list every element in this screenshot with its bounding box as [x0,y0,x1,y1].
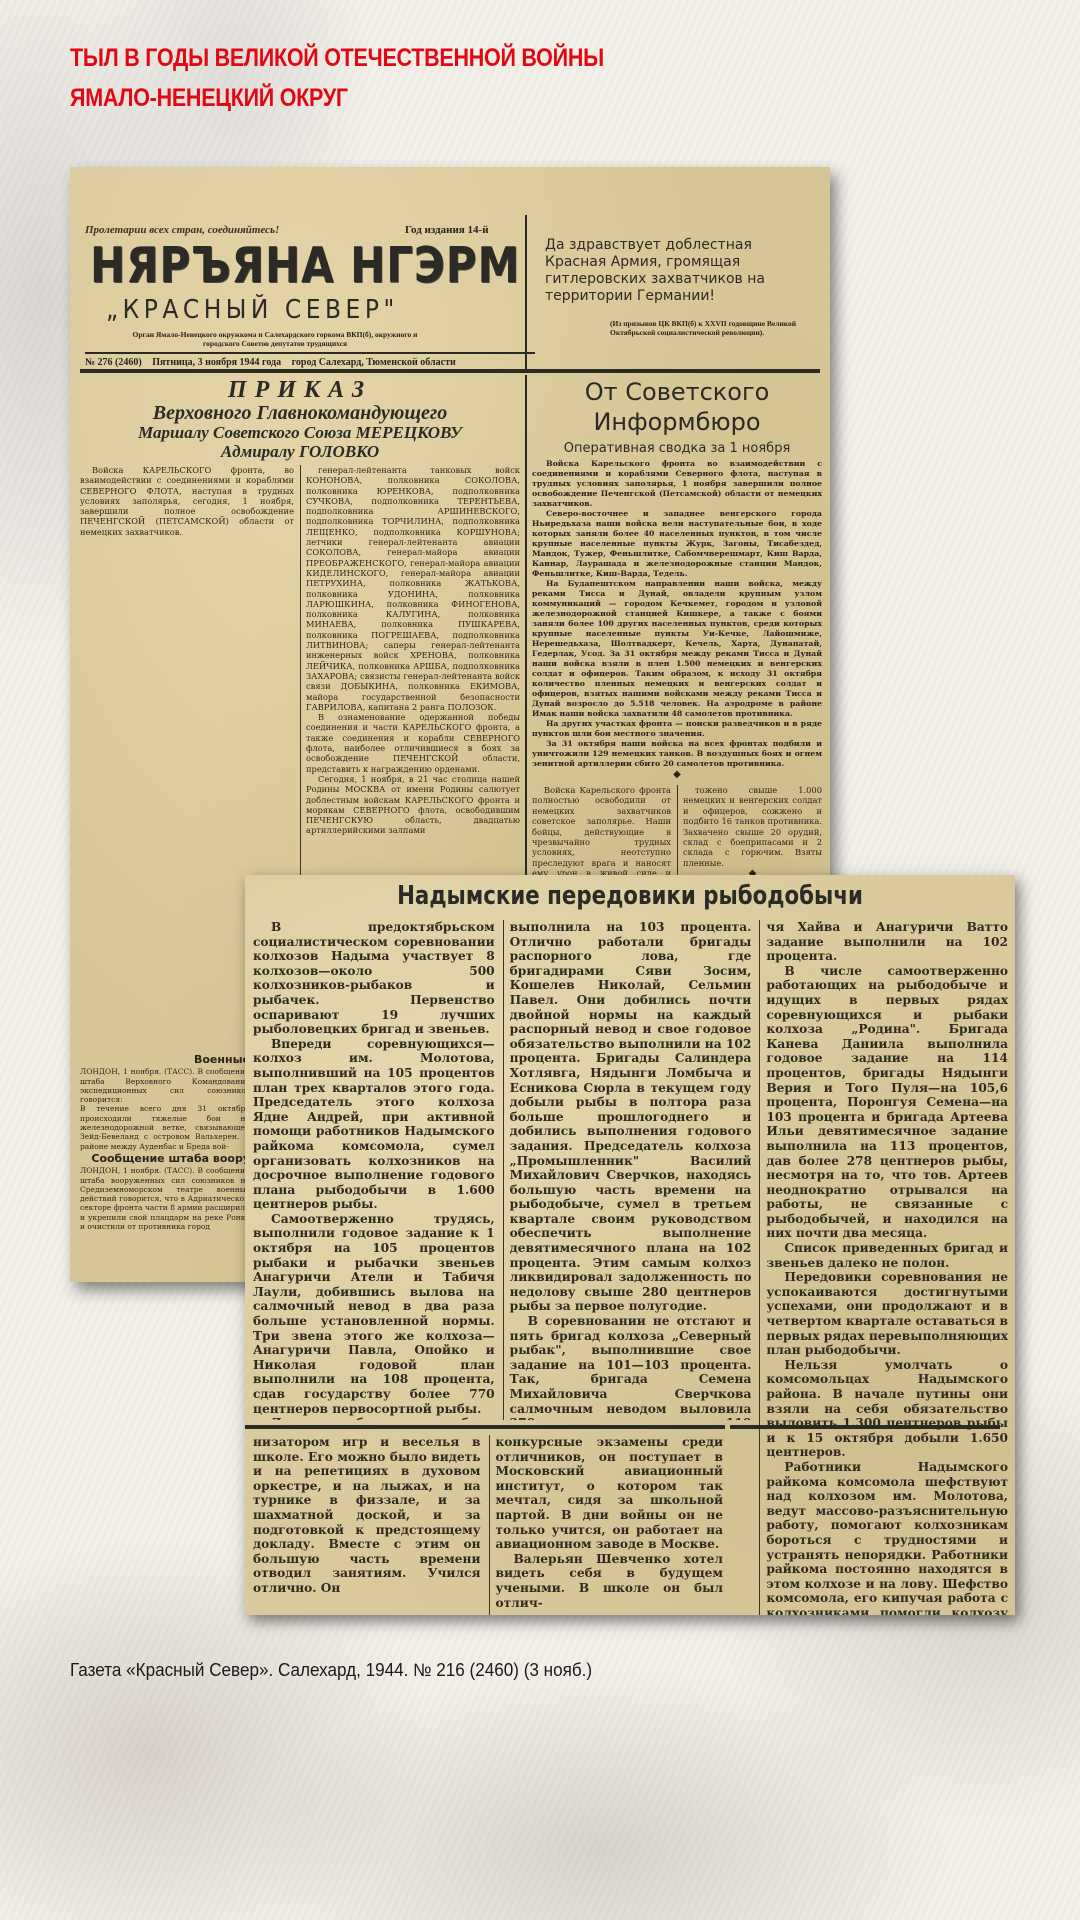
newspaper-title: НЯРЪЯНА НГЭРМ [90,237,520,294]
paragraph: В числе самоотверженно работающих на рыб… [766,964,1008,1241]
year-of-publication: Год издания 14-й [405,224,489,236]
clipping-columns: В предоктябрьском социалистическом сорев… [253,920,1008,1420]
newspaper-subtitle: „КРАСНЫЙ СЕВЕР" [106,295,399,325]
paragraph: За 31 октября наши войска на всех фронта… [532,739,822,769]
nadym-article-clipping: Надымские передовики рыбодобычи В предок… [245,875,1015,1615]
paragraph: В течение всего дня 31 октября происходи… [80,1104,250,1150]
sovinformburo-article: От Советского Информбюро Оперативная сво… [532,377,822,891]
prikaz-title-4: Адмиралу ГОЛОВКО [80,442,520,461]
prikaz-columns: Войска КАРЕЛЬСКОГО фронта, во взаимодейс… [80,465,520,895]
paragraph: ЛОНДОН, 1 ноября. (ТАСС). В сообщении шт… [80,1067,250,1104]
paragraph: Впереди соревнующихся—колхоз им. Молотов… [253,1037,495,1212]
paragraph: Сегодня, 1 ноября, в 21 час столица наше… [306,774,520,836]
masthead-slogan-source: (Из призывов ЦК ВКП(б) к XXVII годовщине… [610,319,820,337]
paragraph: низатором игр и веселья в школе. Его мож… [253,1435,481,1596]
paragraph: Войска Карельского фронта во взаимодейст… [532,459,822,509]
section-rule [245,1425,725,1429]
issue-date: Пятница, 3 ноября 1944 года [152,357,281,368]
sovinformburo-body: Войска Карельского фронта во взаимодейст… [532,459,822,769]
paragraph: В предоктябрьском социалистическом сорев… [253,920,495,1037]
clipping-bottom-column-1: низатором игр и веселья в школе. Его мож… [253,1435,481,1615]
sovinformburo-subtitle: Оперативная сводка за 1 ноября [532,441,822,456]
newspaper-masthead: Пролетарии всех стран, соединяйтесь! Год… [70,167,830,367]
paragraph: Нельзя умолчать о комсомольцах Надымског… [766,1358,1008,1460]
paragraph: Войска Карельского фронта полностью осво… [532,785,671,889]
war-news-heading: Военные [80,1055,250,1064]
paragraph: Список приведенных бригад и звеньев дале… [766,1241,1008,1270]
paragraph: тожено свыше 1.000 немецких и венгерских… [683,785,822,868]
paragraph: Передовики соревнования не успокаиваются… [766,1270,1008,1358]
headline-line-1: ТЫЛ В ГОДЫ ВЕЛИКОЙ ОТЕЧЕСТВЕННОЙ ВОЙНЫ [70,38,604,78]
paragraph: В ознаменование одержанной победы соедин… [306,712,520,774]
war-news-heading-2: Сообщение штаба воору [80,1154,250,1163]
paragraph: Войска КАРЕЛЬСКОГО фронта, во взаимодейс… [80,465,294,537]
paragraph: генерал-лейтенанта танковых войск КОНОНО… [306,465,520,712]
paragraph: выполнила на 103 процента. Отлично работ… [510,920,752,1314]
prikaz-column-2: генерал-лейтенанта танковых войск КОНОНО… [300,465,520,895]
headline-line-2: ЯМАЛО-НЕНЕЦКИЙ ОКРУГ [70,78,604,118]
issue-number: № 276 (2460) [85,357,142,368]
masthead-divider [525,215,527,370]
clipping-bottom-columns: низатором игр и веселья в школе. Его мож… [253,1435,723,1615]
masthead-slogan: Да здравствует доблестная Красная Армия,… [545,237,815,305]
prikaz-article: ПРИКАЗ Верховного Главнокомандующего Мар… [80,377,520,895]
prikaz-heading: ПРИКАЗ Верховного Главнокомандующего Мар… [80,377,520,461]
clipping-column-2: выполнила на 103 процента. Отлично работ… [503,920,752,1420]
issue-city: город Салехард, Тюменской области [292,357,456,368]
section-rule [730,1425,1000,1429]
prikaz-title-1: ПРИКАЗ [80,377,520,403]
war-news-fragment: Военные ЛОНДОН, 1 ноября. (ТАСС). В сооб… [80,1052,250,1231]
diamond-ornament-icon: ◆ [532,769,822,781]
paragraph: Северо-восточнее и западнее венгерского … [532,509,822,579]
paragraph: На Будапештском направлении наши войска,… [532,579,822,719]
masthead-rule [80,369,820,373]
image-caption: Газета «Красный Север». Салехард, 1944. … [70,1660,592,1681]
proletarian-slogan: Пролетарии всех стран, соединяйтесь! [85,224,279,236]
paragraph: На других участках фронта — поиски разве… [532,719,822,739]
clipping-bottom-column-2: конкурсные экзамены среди отличников, он… [489,1435,724,1615]
paragraph: чя Хайва и Анагуричи Ватто задание выпол… [766,920,1008,964]
page-headline: ТЫЛ В ГОДЫ ВЕЛИКОЙ ОТЕЧЕСТВЕННОЙ ВОЙНЫ Я… [70,38,604,118]
paragraph: конкурсные экзамены среди отличников, он… [496,1435,724,1552]
paragraph: Работники Надымского райкома комсомола ш… [766,1460,1008,1615]
paragraph: ЛОНДОН, 1 ноября. (ТАСС). В сообщении шт… [80,1166,250,1231]
clipping-column-1: В предоктябрьском социалистическом сорев… [253,920,495,1420]
paragraph: Дружно работают и рыбаки колхоза „Промыш… [253,1416,495,1420]
clipping-column-3: чя Хайва и Анагуричи Ватто задание выпол… [759,920,1008,1615]
newspaper-organ: Орган Ямало-Ненецкого окружкома и Салеха… [120,330,430,348]
sovinformburo-title: От Советского Информбюро [532,377,822,437]
prikaz-column-1: Войска КАРЕЛЬСКОГО фронта, во взаимодейс… [80,465,294,895]
column-divider [525,375,527,895]
prikaz-title-3: Маршалу Советского Союза МЕРЕЦКОВУ [80,423,520,442]
paragraph: Самоотверженно трудясь, выполнили годово… [253,1212,495,1416]
issue-line: № 276 (2460) Пятница, 3 ноября 1944 года… [85,352,535,368]
clipping-title: Надымские передовики рыбодобычи [314,881,945,911]
prikaz-title-2: Верховного Главнокомандующего [80,403,520,423]
paragraph: Валерьян Шевченко хотел видеть себя в бу… [496,1552,724,1610]
paragraph: В соревновании не отстают и пять бригад … [510,1314,752,1420]
